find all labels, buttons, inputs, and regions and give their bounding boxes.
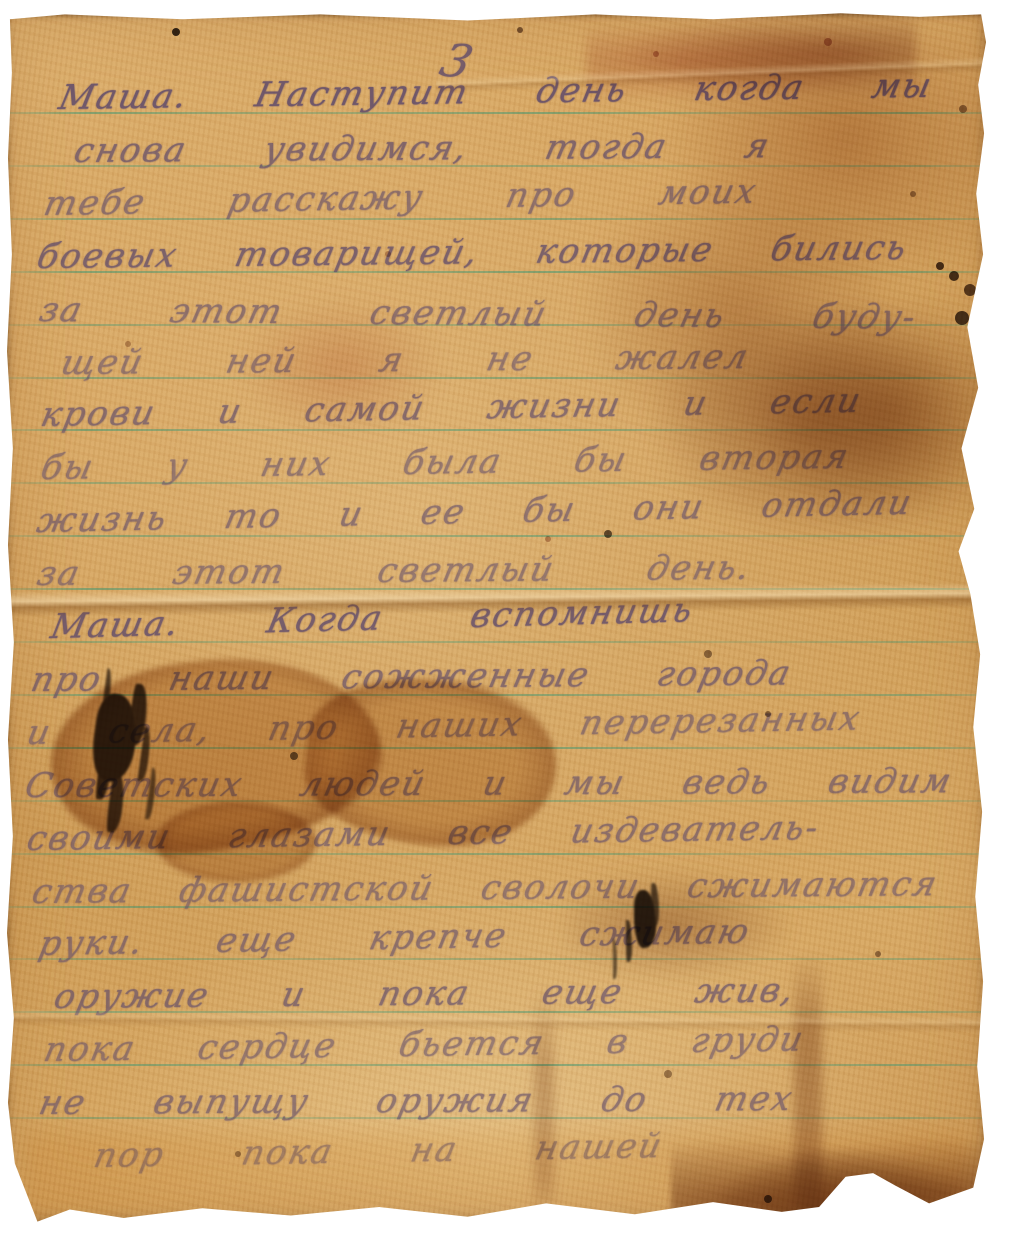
- stain-bottom-right-edge: [671, 1127, 991, 1222]
- handwritten-line: не выпущу оружия до тех: [40, 1077, 793, 1127]
- drip-streak-right: [794, 952, 822, 1227]
- dirt-speckles: [6, 12, 10, 16]
- handwritten-line: снова увидимся, тогда я: [75, 124, 770, 175]
- handwritten-line: пор пока на нашей: [94, 1124, 663, 1180]
- handwritten-line: боевых товарищей, которые бились: [38, 226, 908, 281]
- scanner-background: 3 Маша. Наступит день когда мыснова увид…: [0, 0, 1019, 1233]
- handwritten-line: ства фашистской сволочи сжимаются: [33, 862, 938, 916]
- speck-cluster-right: [936, 262, 944, 270]
- letter-page: 3 Маша. Наступит день когда мыснова увид…: [6, 12, 988, 1224]
- handwritten-line: оружие и пока еще жив,: [55, 969, 795, 1021]
- handwritten-line: про наши сожженные города: [32, 651, 792, 704]
- handwritten-line: щей ней я не жалел: [62, 335, 749, 387]
- handwritten-line: за этот светлый день буду-: [40, 288, 917, 342]
- handwritten-line: Советских людей и мы ведь видим: [26, 759, 953, 810]
